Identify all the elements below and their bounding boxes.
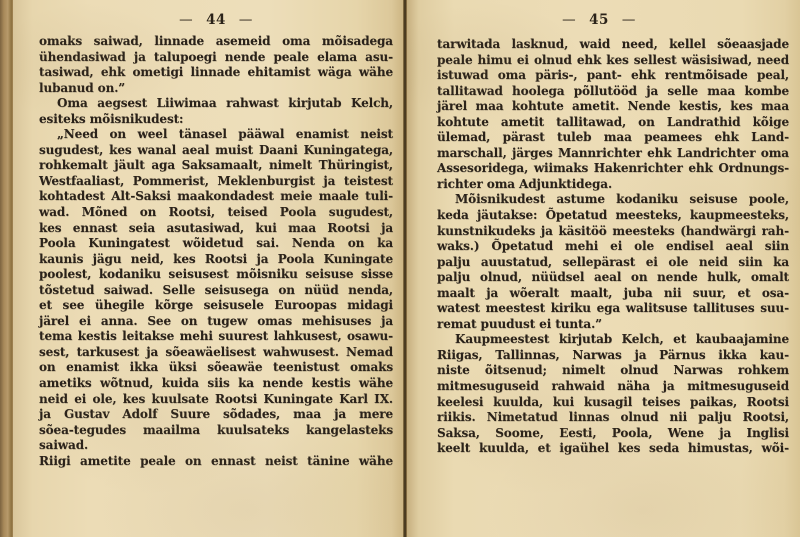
- text-line: Riigi ametite peale on ennast neist täni…: [39, 454, 393, 470]
- page-45-header: —45—: [423, 12, 775, 28]
- header-dash-left: —: [562, 12, 576, 28]
- text-line: kunstnikudeks ja käsitöö meesteks (handw…: [437, 224, 789, 240]
- text-line: istuwad oma päris-, pant- ehk rentmõisad…: [437, 68, 789, 84]
- text-line: kes ennast seia asutasiwad, kui maa Root…: [39, 221, 393, 237]
- paragraph: omaks saiwad, linnade asemeid oma mõisad…: [39, 34, 393, 96]
- text-line: mitmesuguseid rahwaid näha ja mitmesugus…: [437, 379, 789, 395]
- page-number-45: 45: [589, 12, 609, 28]
- text-line: palju olnud, nüüdsel aeal on nende hulk,…: [437, 270, 789, 286]
- text-line: järel maa kohtute ametit. Nende kestis, …: [437, 99, 789, 115]
- text-line: Riigas, Tallinnas, Narwas ja Pärnus ikka…: [437, 348, 789, 364]
- text-line: sõea-tegudes maailma kuulsateks kangelas…: [39, 423, 393, 454]
- text-line: ja Gustav Adolf Suure sõdades, maa ja me…: [39, 407, 393, 423]
- text-line: lubanud on.”: [39, 81, 393, 97]
- page-45-text: tarwitada lasknud, waid need, kellel sõe…: [437, 37, 789, 457]
- text-line: Poola Kuningatest wõidetud sai. Nenda on…: [39, 236, 393, 252]
- text-line: riikis. Nimetatud linnas olnud nii palju…: [437, 410, 789, 426]
- text-line: ülemad, pärast tuleb maa peamees ehk Lan…: [437, 130, 789, 146]
- text-line: marschall, järges Mannrichter ehk Landri…: [437, 146, 789, 162]
- paragraph: Oma aegsest Liiwimaa rahwast kirjutab Ke…: [39, 96, 393, 127]
- text-line: sest, tarkusest ja sõeawäelisest wahwuse…: [39, 345, 393, 361]
- text-line: tallitawad hoolega põllutööd ja selle ma…: [437, 84, 789, 100]
- text-line: järel ei anna. See on tugew omas mehisus…: [39, 314, 393, 330]
- text-line: kohtadest Alt-Saksi maakondadest meie ma…: [39, 189, 393, 205]
- text-line: ühendasiwad ja talupoegi nende peale ela…: [39, 50, 393, 66]
- text-line: rohkemalt jäult aga Saksamaalt, nimelt T…: [39, 158, 393, 174]
- header-dash-left: —: [179, 12, 193, 28]
- text-line: Assesoridega, wiimaks Hakenrichter ehk O…: [437, 161, 789, 177]
- text-line: wad. Mõned on Rootsi, teised Poola sugud…: [39, 205, 393, 221]
- text-line: palju auustatud, sellepärast ei ole neid…: [437, 255, 789, 271]
- page-number-44: 44: [206, 12, 226, 28]
- text-line: richter oma Adjunktidega.: [437, 177, 789, 193]
- text-line: Westfaaliast, Pommerist, Meklenburgist j…: [39, 174, 393, 190]
- text-line: Oma aegsest Liiwimaa rahwast kirjutab Ke…: [39, 96, 393, 112]
- text-line: sugudest, kes wanal aeal muist Daani Kun…: [39, 143, 393, 159]
- text-line: Saksa, Soome, Eesti, Poola, Wene ja Ingl…: [437, 426, 789, 442]
- text-line: maalt ja wõeralt maalt, juba nii suur, e…: [437, 286, 789, 302]
- page-44: —44— omaks saiwad, linnade asemeid oma m…: [13, 0, 403, 537]
- text-line: kohtute ametit tallitawad, on Landrathid…: [437, 115, 789, 131]
- text-line: tema kestis leitakse mehi suurest lahkus…: [39, 329, 393, 345]
- text-line: omaks saiwad, linnade asemeid oma mõisad…: [39, 34, 393, 50]
- paragraph: Kaupmeestest kirjutab Kelch, et kaubaaja…: [437, 332, 789, 456]
- page-45: —45— tarwitada lasknud, waid need, kelle…: [407, 0, 800, 537]
- text-line: watest meestest kiriku ega walitsuse tal…: [437, 301, 789, 317]
- text-line: keelt kuulda, et igaühel kes seda himust…: [437, 441, 789, 457]
- text-line: tõstetud saiwad. Selle seisusega on nüüd…: [39, 283, 393, 299]
- header-dash-right: —: [622, 12, 636, 28]
- text-line: neid ei ole, kes kuulsate Rootsi Kuninga…: [39, 392, 393, 408]
- book-edge: [0, 0, 13, 537]
- text-line: tarwitada lasknud, waid need, kellel sõe…: [437, 37, 789, 53]
- text-line: waks.) Õpetatud mehi ei ole endisel aeal…: [437, 239, 789, 255]
- text-line: keda jäutakse: Õpetatud meesteks, kaupme…: [437, 208, 789, 224]
- page-44-text: omaks saiwad, linnade asemeid oma mõisad…: [39, 34, 393, 469]
- text-line: poolest, kodaniku seisusest mõisniku sei…: [39, 267, 393, 283]
- book-scan: —44— omaks saiwad, linnade asemeid oma m…: [0, 0, 800, 537]
- paragraph: „Need on weel tänasel pääwal enamist nei…: [39, 127, 393, 469]
- text-line: keelesi kuulda, kui kusagil teises paika…: [437, 395, 789, 411]
- text-line: esiteks mõisnikudest:: [39, 112, 393, 128]
- header-dash-right: —: [239, 12, 253, 28]
- text-line: et see ühegile kõrge seisusele Euroopas …: [39, 298, 393, 314]
- text-line: niste õitsenud; nimelt olnud Narwas rohk…: [437, 363, 789, 379]
- text-line: ametiks wõtnud, kuida siis ka nende kest…: [39, 376, 393, 392]
- text-line: Kaupmeestest kirjutab Kelch, et kaubaaja…: [437, 332, 789, 348]
- text-line: Mõisnikudest astume kodaniku seisuse poo…: [437, 192, 789, 208]
- text-line: kaunis jägu neid, kes Rootsi ja Poola Ku…: [39, 252, 393, 268]
- paragraph: Mõisnikudest astume kodaniku seisuse poo…: [437, 192, 789, 332]
- page-44-header: —44—: [39, 12, 393, 28]
- text-line: on enamist ikka üksi sõeawäe teenistust …: [39, 360, 393, 376]
- text-line: remat puudust ei tunta.”: [437, 317, 789, 333]
- text-line: peale himu ei olnud ehk kes sellest wäsi…: [437, 53, 789, 69]
- text-line: tasiwad, ehk ometigi linnade ehitamist w…: [39, 65, 393, 81]
- paragraph: tarwitada lasknud, waid need, kellel sõe…: [437, 37, 789, 192]
- text-line: „Need on weel tänasel pääwal enamist nei…: [39, 127, 393, 143]
